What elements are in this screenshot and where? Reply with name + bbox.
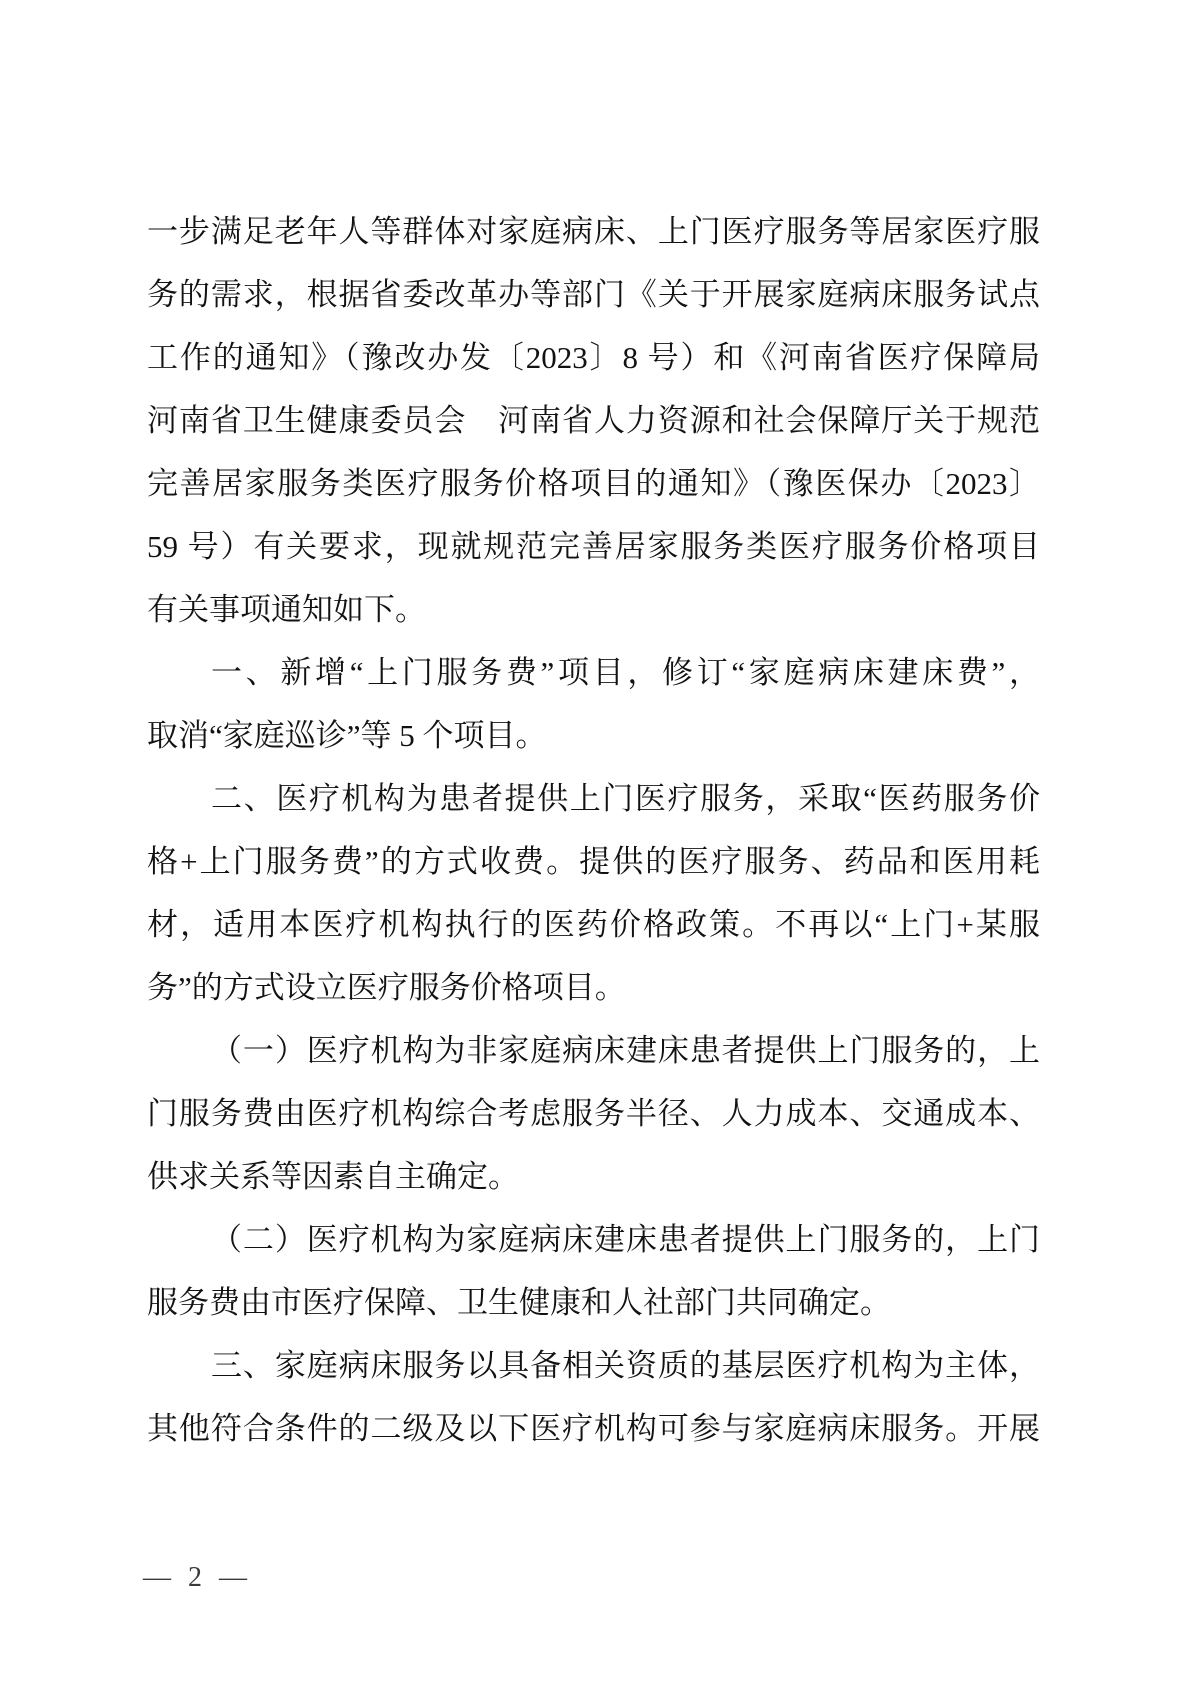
text-line: 有关事项通知如下。 bbox=[147, 578, 1040, 641]
text-line: 工作的通知》（豫改办发〔2023〕8 号）和《河南省医疗保障局 bbox=[147, 326, 1040, 389]
text-line: 务的需求，根据省委改革办等部门《关于开展家庭病床服务试点 bbox=[147, 263, 1040, 326]
text-line: 三、家庭病床服务以具备相关资质的基层医疗机构为主体， bbox=[147, 1334, 1040, 1397]
document-body: 一步满足老年人等群体对家庭病床、上门医疗服务等居家医疗服 务的需求，根据省委改革… bbox=[147, 200, 1040, 1460]
text-line: （二）医疗机构为家庭病床建床患者提供上门服务的，上门 bbox=[147, 1208, 1040, 1271]
text-line: 河南省卫生健康委员会 河南省人力资源和社会保障厅关于规范 bbox=[147, 389, 1040, 452]
text-line: 其他符合条件的二级及以下医疗机构可参与家庭病床服务。开展 bbox=[147, 1397, 1040, 1460]
text-line: 门服务费由医疗机构综合考虑服务半径、人力成本、交通成本、 bbox=[147, 1082, 1040, 1145]
document-page: 一步满足老年人等群体对家庭病床、上门医疗服务等居家医疗服 务的需求，根据省委改革… bbox=[0, 0, 1190, 1683]
text-line: 一步满足老年人等群体对家庭病床、上门医疗服务等居家医疗服 bbox=[147, 200, 1040, 263]
text-line: 取消“家庭巡诊”等 5 个项目。 bbox=[147, 704, 1040, 767]
page-number-footer: — 2 — bbox=[143, 1560, 252, 1596]
text-line: 二、医疗机构为患者提供上门医疗服务，采取“医药服务价 bbox=[147, 767, 1040, 830]
text-line: 完善居家服务类医疗服务价格项目的通知》（豫医保办〔2023〕 bbox=[147, 452, 1040, 515]
text-line: 一、新增“上门服务费”项目，修订“家庭病床建床费”， bbox=[147, 641, 1040, 704]
text-line: 格+上门服务费”的方式收费。提供的医疗服务、药品和医用耗 bbox=[147, 830, 1040, 893]
text-line: 59 号）有关要求，现就规范完善居家服务类医疗服务价格项目 bbox=[147, 515, 1040, 578]
text-line: 材，适用本医疗机构执行的医药价格政策。不再以“上门+某服 bbox=[147, 893, 1040, 956]
text-line: 供求关系等因素自主确定。 bbox=[147, 1145, 1040, 1208]
text-line: 务”的方式设立医疗服务价格项目。 bbox=[147, 956, 1040, 1019]
text-line: 服务费由市医疗保障、卫生健康和人社部门共同确定。 bbox=[147, 1271, 1040, 1334]
text-line: （一）医疗机构为非家庭病床建床患者提供上门服务的，上 bbox=[147, 1019, 1040, 1082]
